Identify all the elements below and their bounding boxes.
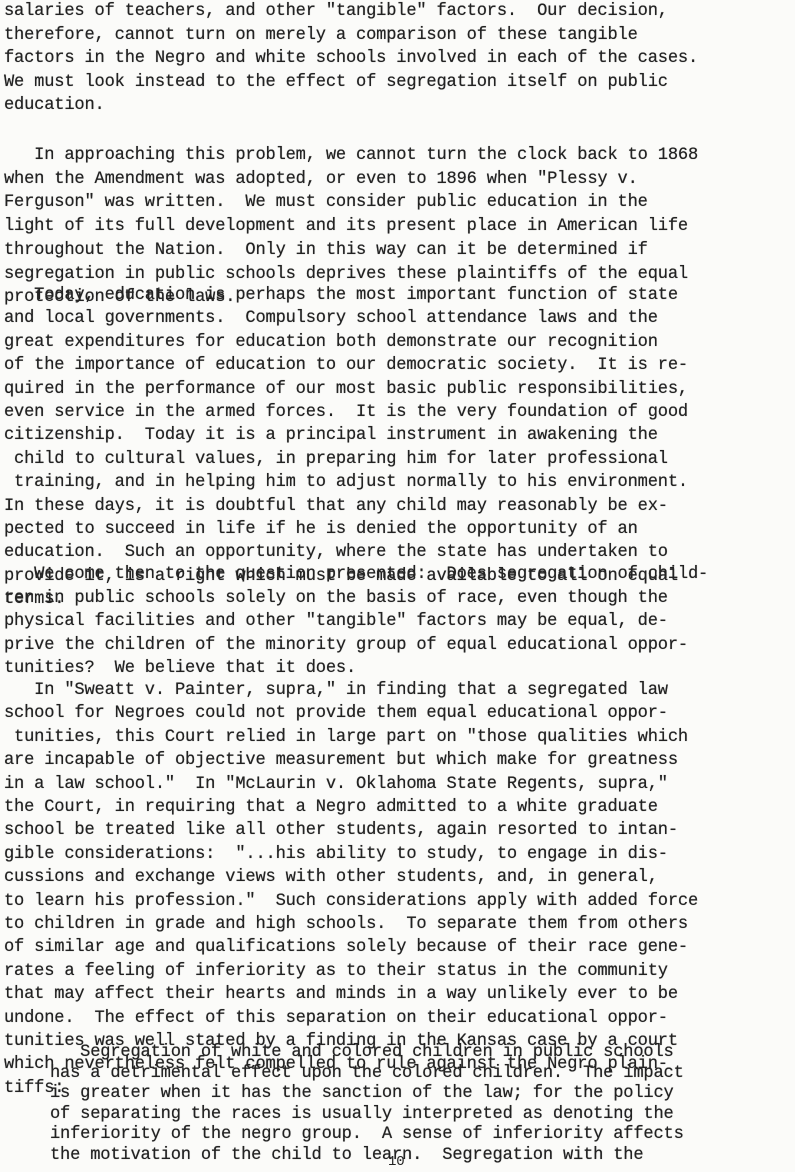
- text-line: child to cultural values, in preparing h…: [4, 450, 668, 470]
- text-line: salaries of teachers, and other "tangibl…: [4, 2, 668, 22]
- text-line: throughout the Nation. Only in this way …: [4, 241, 648, 261]
- text-line: ren in public schools solely on the basi…: [4, 589, 668, 609]
- text-line: citizenship. Today it is a principal ins…: [4, 426, 658, 446]
- text-line: tunities? We believe that it does.: [4, 659, 356, 679]
- text-line: segregation in public schools deprives t…: [4, 265, 688, 285]
- text-line: school for Negroes could not provide the…: [4, 704, 668, 724]
- text-line: rates a feeling of inferiority as to the…: [4, 962, 668, 982]
- text-line: We must look instead to the effect of se…: [4, 73, 668, 93]
- block-quote-line: inferiority of the negro group. A sense …: [50, 1125, 684, 1145]
- text-line: undone. The effect of this separation on…: [4, 1009, 668, 1029]
- text-line: Today, education is perhaps the most imp…: [4, 286, 678, 306]
- block-quote-line: is greater when it has the sanction of t…: [50, 1084, 674, 1104]
- text-line: school be treated like all other student…: [4, 821, 678, 841]
- text-line: of similar age and qualifications solely…: [4, 938, 688, 958]
- text-line: light of its full development and its pr…: [4, 217, 688, 237]
- text-line: education.: [4, 96, 105, 116]
- text-line: even service in the armed forces. It is …: [4, 403, 688, 423]
- text-line: of the importance of education to our de…: [4, 356, 688, 376]
- text-line: education. Such an opportunity, where th…: [4, 543, 668, 563]
- text-line: In these days, it is doubtful that any c…: [4, 497, 668, 517]
- text-line: gible considerations: "...his ability to…: [4, 845, 668, 865]
- block-quote-line: Segregation of white and colored childre…: [50, 1043, 674, 1063]
- page-number: 10: [388, 1154, 404, 1170]
- text-line: to children in grade and high schools. T…: [4, 915, 688, 935]
- text-line: great expenditures for education both de…: [4, 333, 658, 353]
- text-line: training, and in helping him to adjust n…: [4, 473, 688, 493]
- text-line: We come then to the question presented: …: [4, 565, 708, 585]
- text-line: to learn his profession." Such considera…: [4, 892, 698, 912]
- text-line: prive the children of the minority group…: [4, 636, 688, 656]
- text-line: tunities, this Court relied in large par…: [4, 728, 688, 748]
- text-line: In "Sweatt v. Painter, supra," in findin…: [4, 681, 668, 701]
- block-quote-line: of separating the races is usually inter…: [50, 1105, 674, 1125]
- text-line: quired in the performance of our most ba…: [4, 380, 688, 400]
- text-line: In approaching this problem, we cannot t…: [4, 146, 698, 166]
- text-line: factors in the Negro and white schools i…: [4, 49, 698, 69]
- text-line: the Court, in requiring that a Negro adm…: [4, 798, 658, 818]
- text-line: and local governments. Compulsory school…: [4, 309, 658, 329]
- typewritten-page: salaries of teachers, and other "tangibl…: [0, 0, 795, 1172]
- text-line: pected to succeed in life if he is denie…: [4, 520, 638, 540]
- text-line: cussions and exchange views with other s…: [4, 868, 658, 888]
- text-line: physical facilities and other "tangible"…: [4, 612, 668, 632]
- text-line: Ferguson" was written. We must consider …: [4, 193, 648, 213]
- text-line: in a law school." In "McLaurin v. Oklaho…: [4, 775, 668, 795]
- block-quote-line: has a detrimental effect upon the colore…: [50, 1064, 684, 1084]
- text-line: therefore, cannot turn on merely a compa…: [4, 26, 638, 46]
- block-quote-line: the motivation of the child to learn. Se…: [50, 1146, 643, 1166]
- text-line: that may affect their hearts and minds i…: [4, 985, 678, 1005]
- text-line: when the Amendment was adopted, or even …: [4, 170, 638, 190]
- text-line: are incapable of objective measurement b…: [4, 751, 678, 771]
